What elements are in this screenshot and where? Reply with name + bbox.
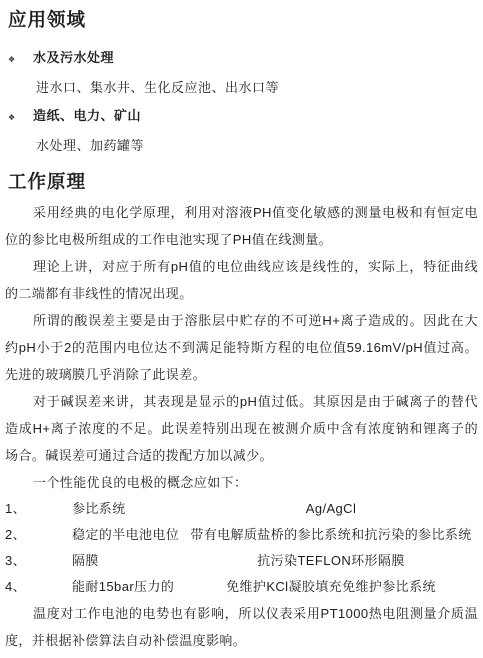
table-row: 3、 隔膜 抗污染TEFLON环形隔膜	[5, 548, 478, 574]
diamond-bullet-icon: ❖	[5, 104, 33, 132]
list-item: ❖ 水及污水处理	[5, 44, 478, 74]
electrode-spec-list: 1、 参比系统 Ag/AgCl 2、 稳定的半电池电位 带有电解质盐桥的参比系统…	[5, 496, 478, 600]
paragraph: 理论上讲，对应于所有pH值的电位曲线应该是线性的，实际上，特征曲线的二端都有非线…	[5, 253, 478, 307]
closing-paragraph: 温度对工作电池的电势也有影响，所以仪表采用PT1000热电阻测量介质温度，并根据…	[5, 600, 478, 654]
row-number: 3、	[5, 548, 72, 574]
list-item: ❖ 造纸、电力、矿山	[5, 102, 478, 132]
bullet-title: 水及污水处理	[33, 44, 114, 72]
section-principle: 工作原理 采用经典的电化学原理，利用对溶液PH值变化敏感的测量电极和有恒定电位的…	[5, 170, 478, 654]
row-number: 2、	[5, 522, 72, 548]
bullet-title: 造纸、电力、矿山	[33, 102, 141, 130]
row-value: Ag/AgCl	[184, 496, 478, 522]
table-row: 1、 参比系统 Ag/AgCl	[5, 496, 478, 522]
row-value: 抗污染TEFLON环形隔膜	[184, 548, 478, 574]
application-heading: 应用领域	[8, 8, 478, 32]
table-row: 4、 能耐15bar压力的 免维护KCl凝胶填充免维护参比系统	[5, 574, 478, 600]
row-label: 隔膜	[72, 548, 184, 574]
row-number: 4、	[5, 574, 72, 600]
paragraph: 一个性能优良的电极的概念应如下：	[5, 469, 478, 496]
row-label: 参比系统	[72, 496, 184, 522]
row-number: 1、	[5, 496, 72, 522]
table-row: 2、 稳定的半电池电位 带有电解质盐桥的参比系统和抗污染的参比系统	[5, 522, 478, 548]
row-value: 带有电解质盐桥的参比系统和抗污染的参比系统	[184, 522, 478, 548]
diamond-bullet-icon: ❖	[5, 46, 33, 74]
document-page: 应用领域 ❖ 水及污水处理 进水口、集水井、生化反应池、出水口等 ❖ 造纸、电力…	[0, 0, 483, 658]
row-label: 稳定的半电池电位	[72, 522, 184, 548]
paragraph: 采用经典的电化学原理，利用对溶液PH值变化敏感的测量电极和有恒定电位的参比电极所…	[5, 199, 478, 253]
bullet-detail: 进水口、集水井、生化反应池、出水口等	[36, 74, 478, 102]
bullet-detail: 水处理、加药罐等	[36, 132, 478, 160]
row-label: 能耐15bar压力的	[72, 574, 184, 600]
principle-heading: 工作原理	[8, 170, 478, 194]
paragraph: 对于碱误差来讲，其表现是显示的pH值过低。其原因是由于碱离子的替代造成H+离子浓…	[5, 388, 478, 469]
row-value: 免维护KCl凝胶填充免维护参比系统	[184, 574, 478, 600]
principle-paragraphs: 采用经典的电化学原理，利用对溶液PH值变化敏感的测量电极和有恒定电位的参比电极所…	[5, 199, 478, 496]
paragraph: 所谓的酸误差主要是由于溶胀层中贮存的不可逆H+离子造成的。因此在大约pH小于2的…	[5, 307, 478, 388]
section-application: 应用领域 ❖ 水及污水处理 进水口、集水井、生化反应池、出水口等 ❖ 造纸、电力…	[5, 8, 478, 160]
application-bullet-list: ❖ 水及污水处理 进水口、集水井、生化反应池、出水口等 ❖ 造纸、电力、矿山 水…	[5, 44, 478, 160]
